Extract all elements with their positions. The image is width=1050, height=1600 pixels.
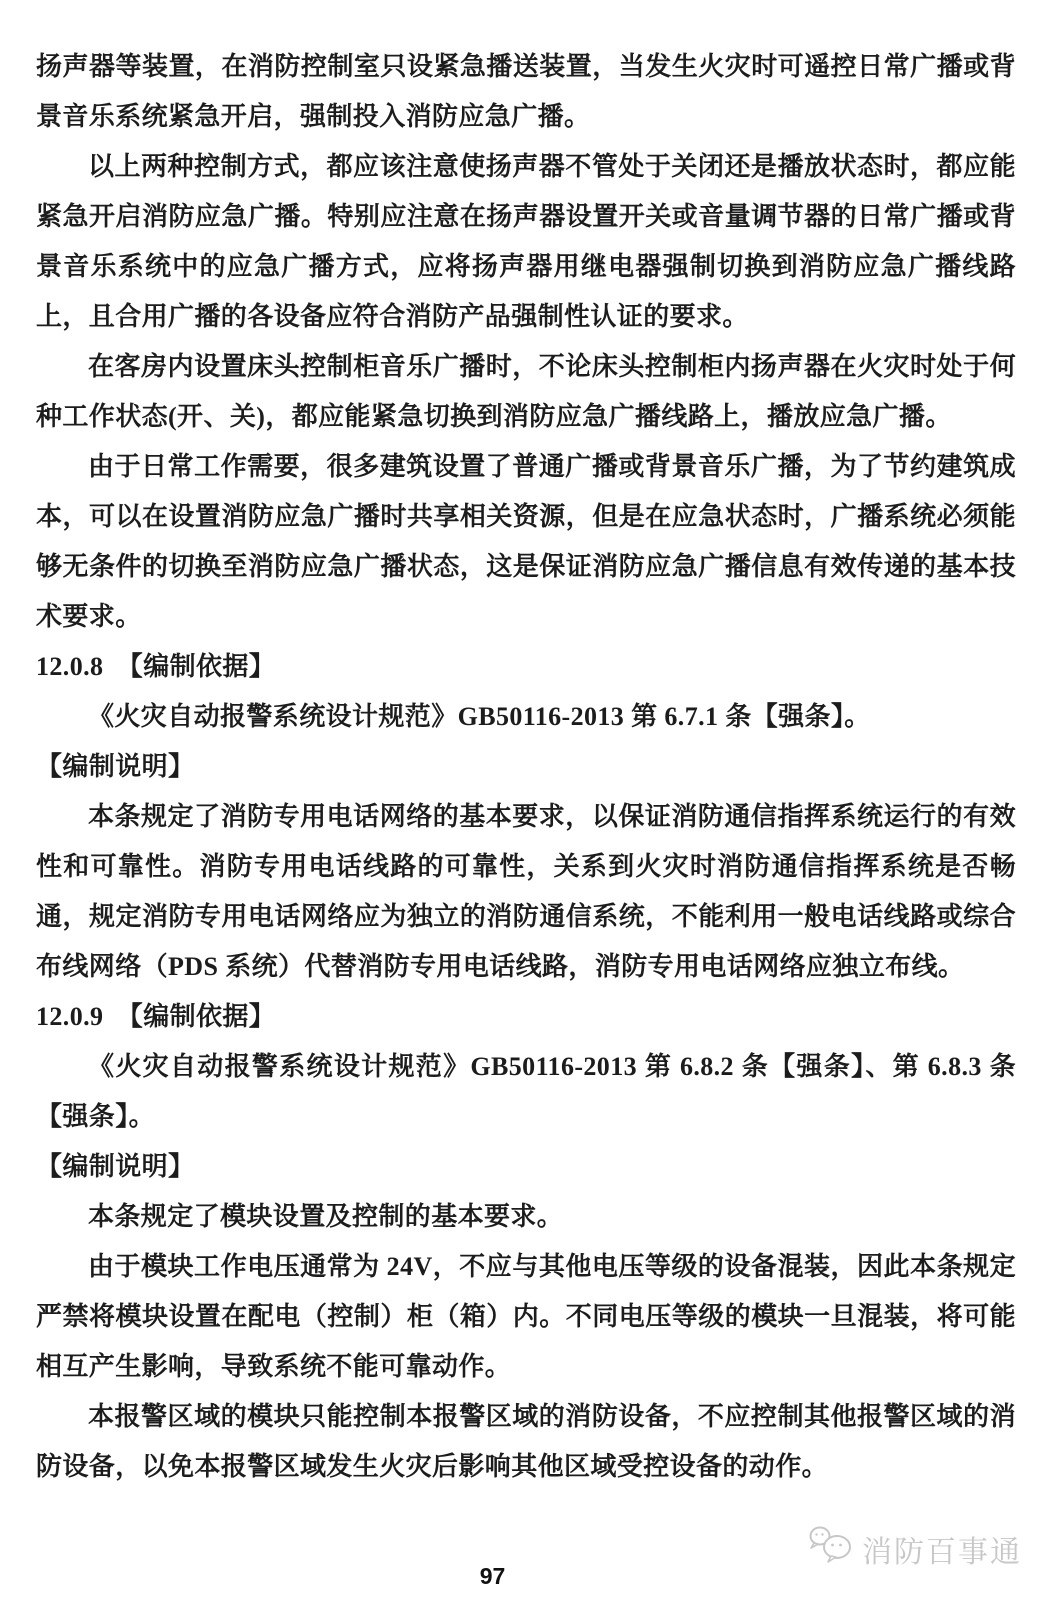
section-heading-12-0-8: 12.0.8 【编制依据】 <box>36 642 1016 692</box>
paragraph: 本报警区域的模块只能控制本报警区域的消防设备，不应控制其他报警区域的消防设备，以… <box>36 1392 1016 1492</box>
paragraph: 在客房内设置床头控制柜音乐广播时，不论床头控制柜内扬声器在火灾时处于何种工作状态… <box>36 342 1016 442</box>
subsection-heading: 【编制说明】 <box>36 742 1016 792</box>
paragraph: 本条规定了消防专用电话网络的基本要求，以保证消防通信指挥系统运行的有效性和可靠性… <box>36 792 1016 992</box>
paragraph: 以上两种控制方式，都应该注意使扬声器不管处于关闭还是播放状态时，都应能紧急开启消… <box>36 142 1016 342</box>
paragraph-continuation: 扬声器等装置，在消防控制室只设紧急播送装置，当发生火灾时可遥控日常广播或背景音乐… <box>36 42 1016 142</box>
paragraph: 由于日常工作需要，很多建筑设置了普通广播或背景音乐广播，为了节约建筑成本，可以在… <box>36 442 1016 642</box>
document-page: 扬声器等装置，在消防控制室只设紧急播送装置，当发生火灾时可遥控日常广播或背景音乐… <box>0 0 1050 1600</box>
subsection-heading: 【编制说明】 <box>36 1142 1016 1192</box>
section-heading-12-0-9: 12.0.9 【编制依据】 <box>36 992 1016 1042</box>
paragraph: 本条规定了模块设置及控制的基本要求。 <box>36 1192 1016 1242</box>
document-text-block: 扬声器等装置，在消防控制室只设紧急播送装置，当发生火灾时可遥控日常广播或背景音乐… <box>36 42 1016 1492</box>
page-number: 97 <box>0 1563 985 1590</box>
paragraph: 由于模块工作电压通常为 24V，不应与其他电压等级的设备混装，因此本条规定严禁将… <box>36 1242 1016 1392</box>
reference-paragraph: 《火灾自动报警系统设计规范》GB50116-2013 第 6.8.2 条【强条】… <box>36 1042 1016 1142</box>
reference-paragraph: 《火灾自动报警系统设计规范》GB50116-2013 第 6.7.1 条【强条】… <box>36 692 1016 742</box>
